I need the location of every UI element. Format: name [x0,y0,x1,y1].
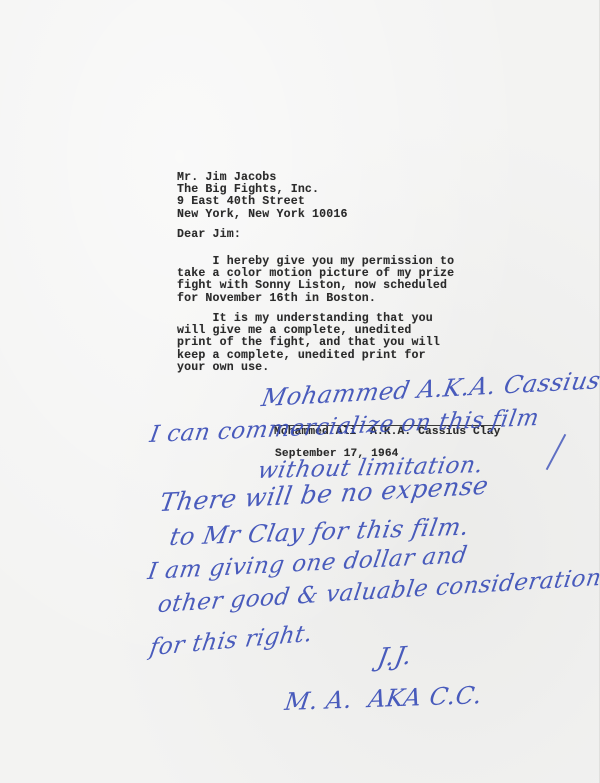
letter-page: Mr. Jim JacobsThe Big Fights, Inc.9 East… [0,0,600,783]
pen-slash-mark [546,434,567,470]
handwritten-initials-ma: M. A. AKA C.C. [283,681,484,716]
paragraph-line: print of the fight, and that you will [177,337,440,349]
paragraph-line: fight with Sonny Liston, now scheduled [177,280,454,292]
paragraph-understanding: It is my understanding that youwill give… [177,313,440,374]
recipient-address: Mr. Jim JacobsThe Big Fights, Inc.9 East… [177,172,348,221]
paragraph-permission: I hereby give you my permission totake a… [177,256,454,305]
paragraph-line: your own use. [177,362,440,374]
address-line-street: 9 East 40th Street [177,196,348,208]
handwritten-initials-jj: J.J. [375,640,414,672]
salutation: Dear Jim: [177,229,241,241]
paragraph-line: keep a complete, unedited print for [177,350,440,362]
handwritten-line: for this right. [148,621,315,662]
address-line-city: New York, New York 10016 [177,209,348,221]
handwritten-line: I can commercialize on this film [148,405,541,448]
paragraph-line: for November 16th in Boston. [177,293,454,305]
